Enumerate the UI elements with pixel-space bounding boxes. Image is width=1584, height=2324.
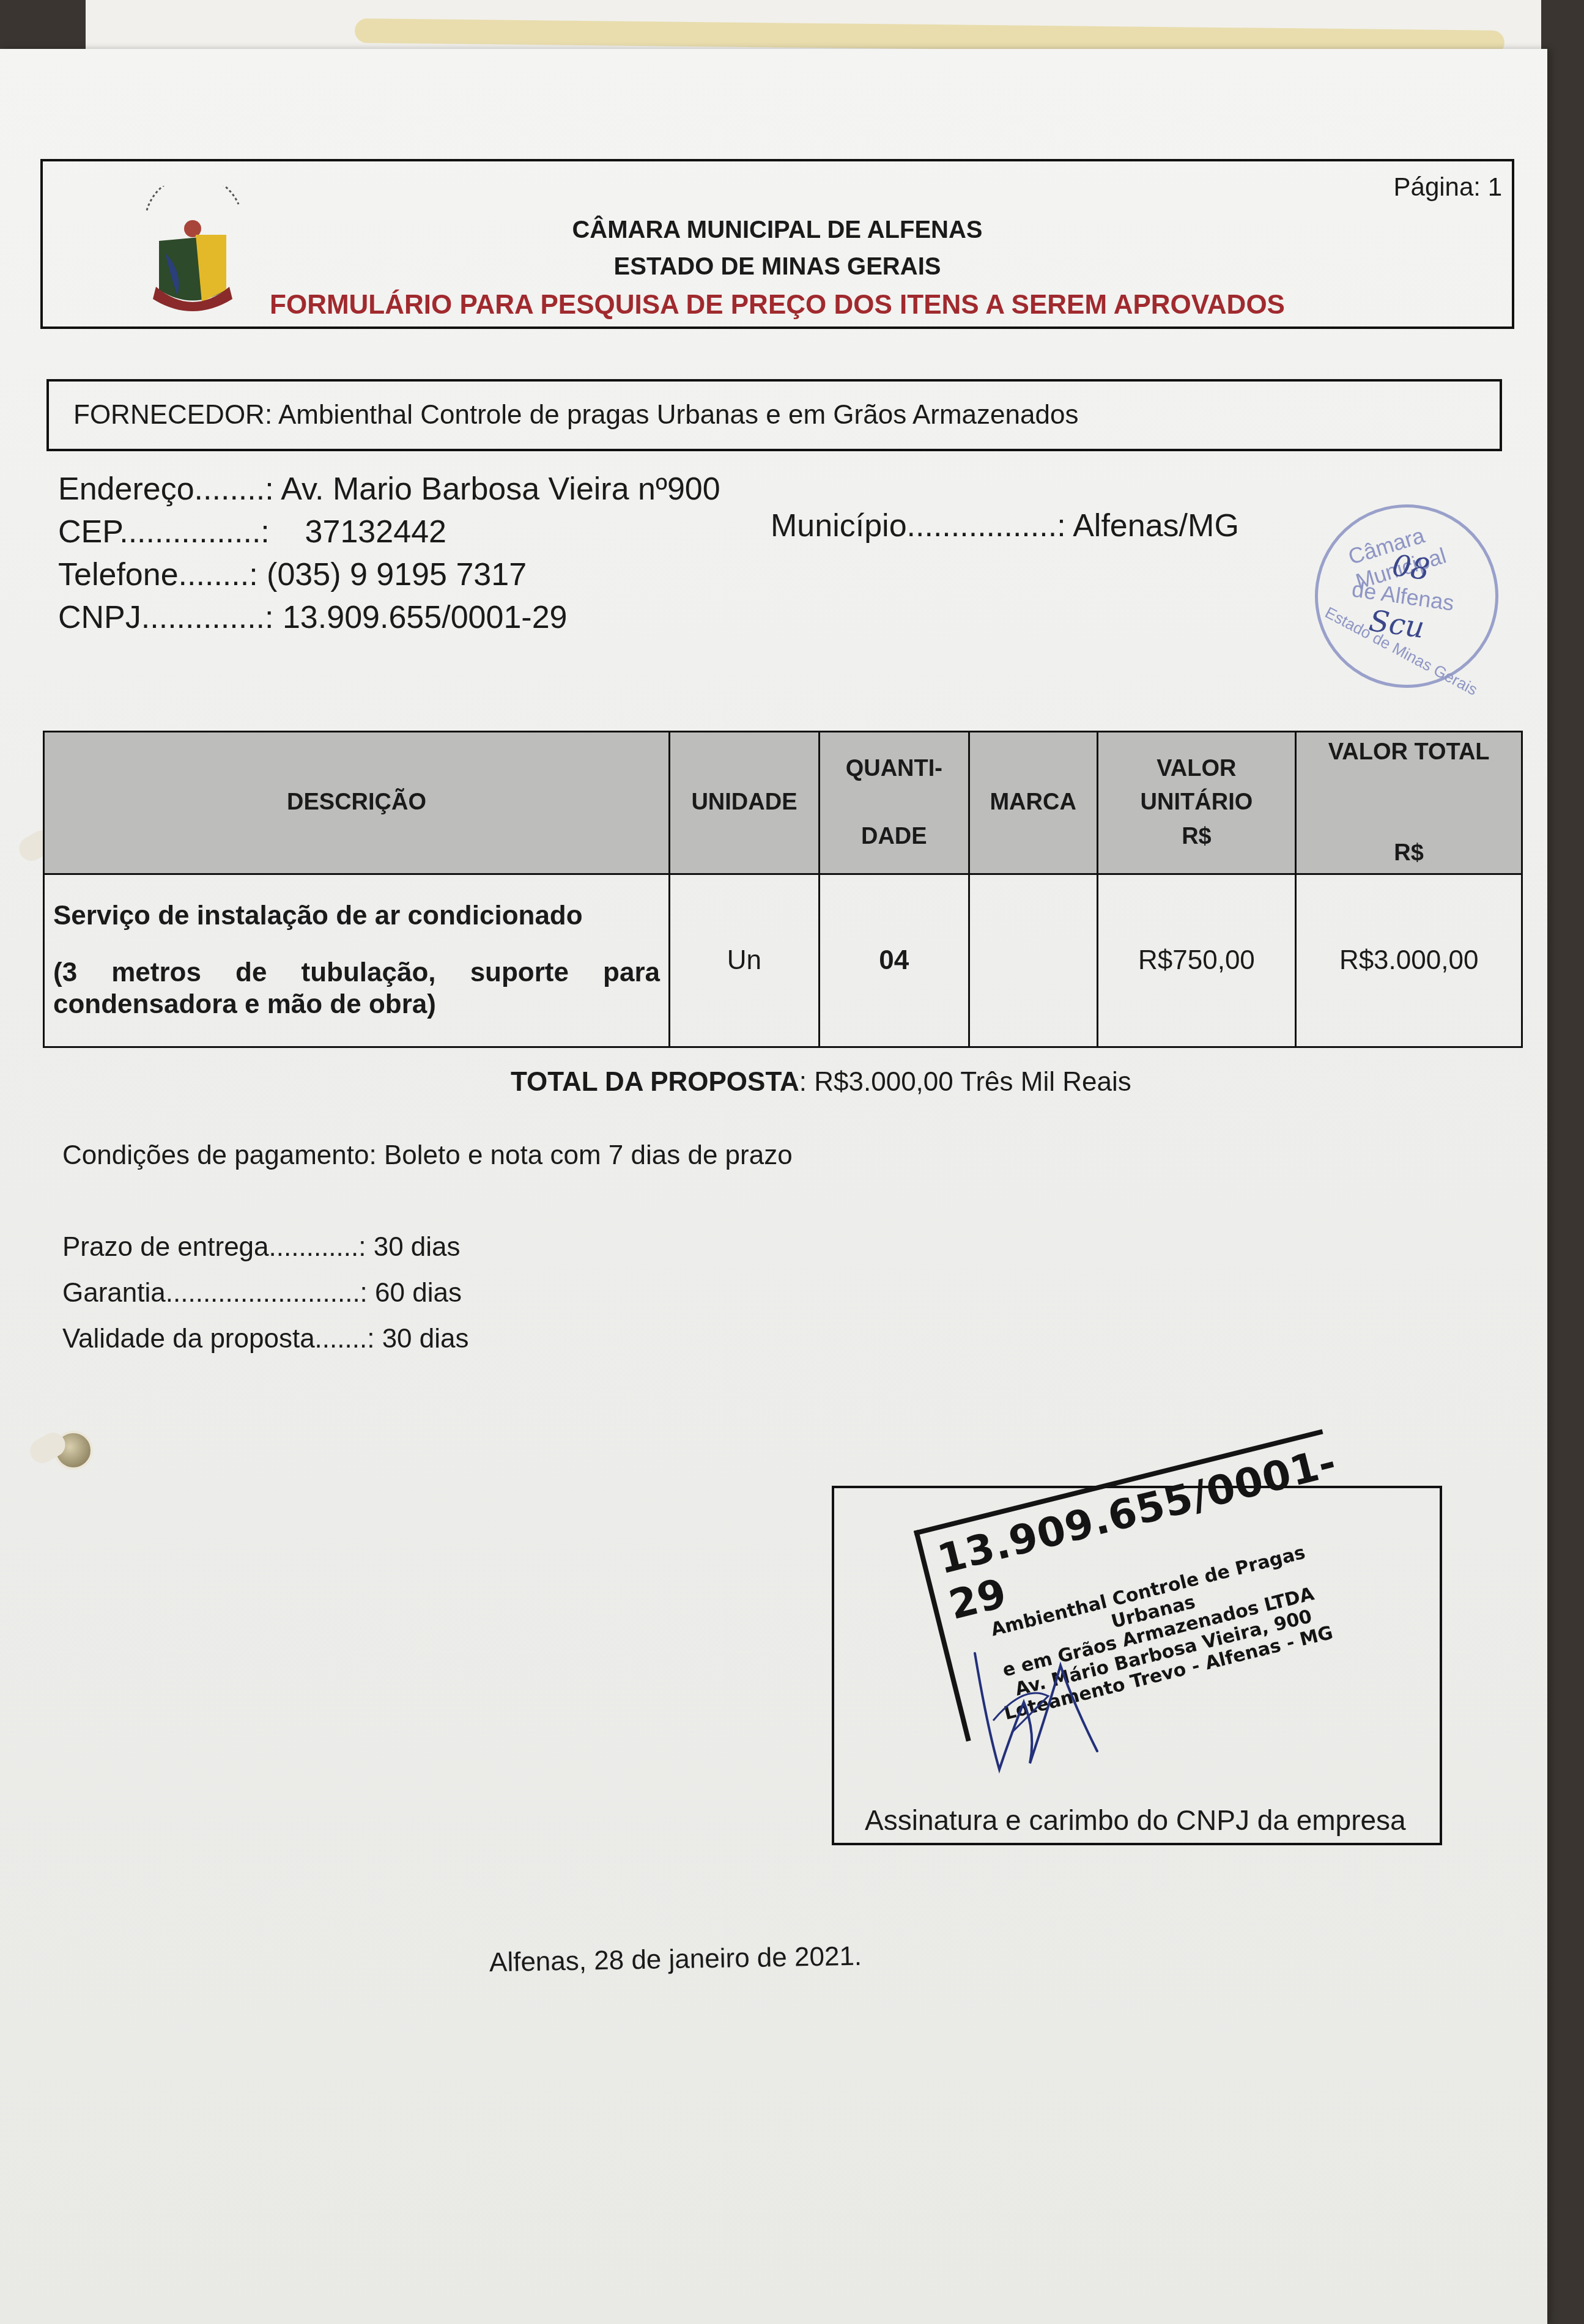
signature-box: 13.909.655/0001-29 Ambienthal Controle d… xyxy=(832,1486,1442,1845)
col-quantidade: QUANTI-DADE xyxy=(819,732,969,874)
table-row: Serviço de instalação de ar condicionado… xyxy=(44,874,1522,1047)
payment-conditions: Condições de pagamento: Boleto e nota co… xyxy=(62,1140,793,1171)
proposal-total-value: : R$3.000,00 Três Mil Reais xyxy=(799,1067,1131,1097)
institution-name: CÂMARA MUNICIPAL DE ALFENAS xyxy=(43,216,1512,244)
cell-valor-total: R$3.000,00 xyxy=(1296,874,1522,1047)
header-box: Página: 1 CÂMARA MUNICIPAL DE ALFENAS ES… xyxy=(40,159,1514,329)
document-date: Alfenas, 28 de janeiro de 2021. xyxy=(489,1941,862,1979)
cell-quantidade: 04 xyxy=(819,874,969,1047)
price-table: DESCRIÇÃO UNIDADE QUANTI-DADE MARCA VALO… xyxy=(43,731,1523,1048)
official-round-stamp: Câmara Municipal 08 de Alfenas Scu Estad… xyxy=(1303,493,1511,700)
supplier-municipio: Município.................: Alfenas/MG xyxy=(771,507,1239,544)
proposal-validity: Validade da proposta.......: 30 dias xyxy=(62,1324,469,1354)
signature-caption: Assinatura e carimbo do CNPJ da empresa xyxy=(865,1804,1406,1837)
col-marca: MARCA xyxy=(969,732,1097,874)
supplier-box: FORNECEDOR: Ambienthal Controle de praga… xyxy=(46,379,1502,451)
handwritten-signature-icon xyxy=(957,1629,1116,1782)
page-number: Página: 1 xyxy=(1394,172,1502,202)
form-title: FORMULÁRIO PARA PESQUISA DE PREÇO DOS IT… xyxy=(43,290,1512,320)
proposal-total-label: TOTAL DA PROPOSTA xyxy=(511,1067,799,1097)
supplier-telefone: Telefone........: (035) 9 9195 7317 xyxy=(58,556,527,593)
binder-ring-bottom xyxy=(54,1431,93,1470)
col-unidade: UNIDADE xyxy=(670,732,820,874)
state-name: ESTADO DE MINAS GERAIS xyxy=(43,253,1512,281)
delivery-term: Prazo de entrega............: 30 dias xyxy=(62,1232,461,1263)
cell-valor-unitario: R$750,00 xyxy=(1097,874,1296,1047)
col-valor-unitario: VALORUNITÁRIOR$ xyxy=(1097,732,1296,874)
stamp-handwritten-number: 08 xyxy=(1390,548,1432,588)
col-valor-total: VALOR TOTALR$ xyxy=(1296,732,1522,874)
table-header-row: DESCRIÇÃO UNIDADE QUANTI-DADE MARCA VALO… xyxy=(44,732,1522,874)
supplier-cep: CEP................: 37132442 xyxy=(58,514,446,550)
supplier-address: Endereço........: Av. Mario Barbosa Viei… xyxy=(58,471,720,507)
warranty-term: Garantia..........................: 60 d… xyxy=(62,1278,462,1308)
col-descricao: DESCRIÇÃO xyxy=(44,732,670,874)
supplier-name: FORNECEDOR: Ambienthal Controle de praga… xyxy=(73,400,1078,430)
form-page: Página: 1 CÂMARA MUNICIPAL DE ALFENAS ES… xyxy=(0,49,1547,2324)
proposal-total: TOTAL DA PROPOSTA: R$3.000,00 Três Mil R… xyxy=(511,1067,1131,1097)
cell-marca xyxy=(969,874,1097,1047)
cell-unidade: Un xyxy=(670,874,820,1047)
supplier-cnpj: CNPJ..............: 13.909.655/0001-29 xyxy=(58,599,567,636)
cell-descricao: Serviço de instalação de ar condicionado… xyxy=(44,874,670,1047)
